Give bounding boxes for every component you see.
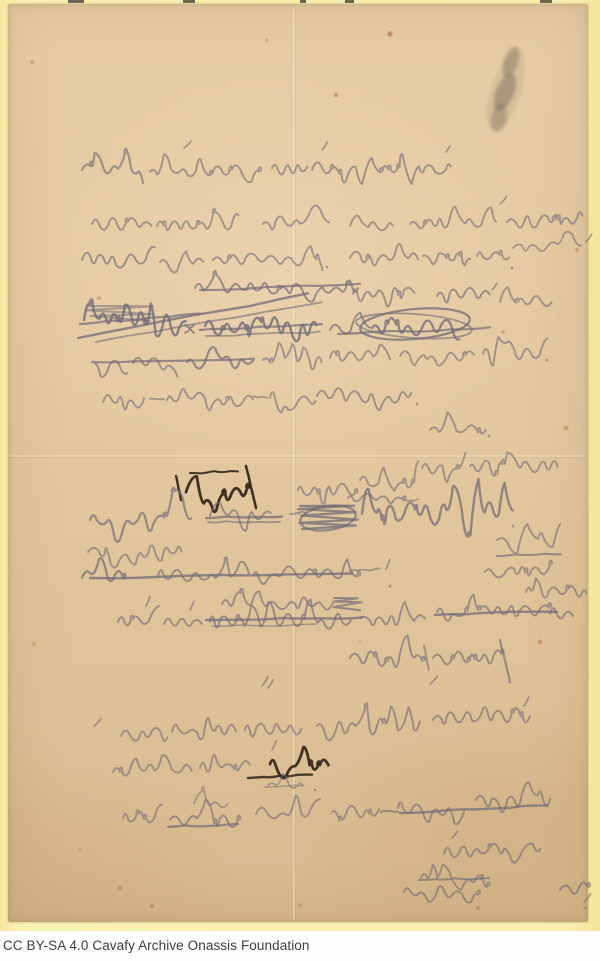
handwriting-word [350,216,393,231]
diacritic-tick [272,741,276,750]
handwriting-word [167,389,253,410]
handwriting-word [298,484,357,504]
handwriting-word [113,755,192,775]
scan-edge-mark [300,0,306,3]
scan-edge-mark [345,0,354,3]
foxing-spot [118,886,122,890]
strikethrough-line [212,624,316,626]
handwriting-word [423,252,470,266]
handwriting-dot [416,403,419,406]
strikethrough-line [419,878,489,880]
diacritic-tick [446,146,450,152]
foxing-spot [30,60,34,64]
foxing-spot [97,296,101,300]
handwriting-word [254,560,360,585]
strikethrough-line [253,396,267,397]
handwriting-word [263,343,322,369]
handwriting-dot [488,435,491,438]
diacritic-tick [586,234,592,242]
handwriting-word [210,600,351,629]
handwriting-word [437,595,551,621]
foxing-spot [575,248,579,252]
scan-edge-marks [68,0,552,3]
handwriting-word [433,650,504,665]
strikethrough-line [208,521,280,522]
handwriting-word [360,602,425,625]
handwriting-dot [511,267,514,270]
diacritic-tick [492,283,497,290]
foxing-spot [387,31,392,36]
handwriting-word [348,494,406,503]
strikethrough-line [168,824,238,827]
handwriting-word [103,395,144,410]
handwriting-word [312,154,451,184]
handwriting-word [263,206,329,230]
scan-edge-mark [68,0,84,3]
handwriting-word [270,392,316,412]
handwriting-word [245,724,302,737]
handwriting-word [350,244,418,266]
foxing-spot [78,848,81,851]
manuscript-overlay [0,0,600,931]
foxing-spot [298,903,301,906]
handwriting-dot [389,585,392,588]
handwriting-word [222,589,334,610]
strikethrough-line [206,332,320,337]
foxing-spot [476,906,480,910]
handwriting-word [121,728,167,741]
handwriting [78,141,592,909]
handwriting-word [118,606,159,625]
diacritic-tick [584,894,591,902]
handwriting-word [400,351,474,365]
diacritic-tick [94,718,101,726]
scan-edge-mark [540,0,552,3]
strikethrough-line [176,476,181,500]
handwriting-word [256,796,320,819]
foxing-spot [564,426,569,431]
handwriting-word [272,165,307,175]
handwriting-word [430,412,486,433]
handwriting-word [485,561,552,578]
diacritic-tick [452,832,457,839]
handwriting-word [444,844,541,863]
handwriting-word [164,619,202,627]
handwriting-word [433,707,530,724]
handwriting-word [500,288,552,306]
handwriting-word [150,154,261,182]
handwriting-word [507,212,582,228]
ink-stain [479,45,533,135]
handwriting-word [404,886,480,902]
strikethrough-line [90,574,352,579]
handwriting-dot [546,359,549,362]
diacritic-tick [322,142,327,150]
handwriting-word [550,608,573,618]
foxing-spot [501,330,505,334]
handwriting-word [477,251,509,260]
foxing-spot [150,904,154,908]
diacritic-tick [184,141,191,148]
diacritic-tick [262,676,268,686]
handwriting-word [82,247,155,268]
handwriting-word [194,787,228,807]
handwriting-word [421,865,490,890]
scanned-page: CC BY-SA 4.0 Cavafy Archive Onassis Foun… [0,0,600,961]
diacritic-tick [190,601,194,610]
handwriting-dot [326,266,329,269]
license-caption: CC BY-SA 4.0 Cavafy Archive Onassis Foun… [0,939,310,953]
handwriting-word [270,747,328,778]
handwriting-word [362,479,513,537]
handwriting-word [200,755,250,772]
strikethrough-line [381,811,398,812]
strikethrough-line [206,517,282,519]
diacritic-tick [430,676,437,684]
handwriting-word [187,347,253,368]
handwriting-word [317,703,420,740]
diacritic-tick [524,697,529,706]
diacritic-tick [500,197,507,205]
caption-bar: CC BY-SA 4.0 Cavafy Archive Onassis Foun… [0,931,600,961]
handwriting-word [160,251,203,272]
handwriting-word [92,218,152,230]
foxing-spot [265,38,268,41]
strikethrough-line [435,612,557,615]
stain-blot [479,45,533,134]
handwriting-word [437,288,490,303]
handwriting-word [483,337,548,366]
handwriting-word [317,388,411,410]
strikethrough-line [264,785,304,787]
handwriting-dot [512,525,515,528]
handwriting-word [332,806,379,821]
handwriting-word [90,488,191,542]
handwriting-word [88,545,182,567]
handwriting-word [170,800,240,827]
foxing-spot [538,640,542,644]
strikethrough-line [190,471,238,473]
handwriting-word [82,149,143,183]
diacritic-tick [146,596,150,606]
strikethrough-line [150,399,164,400]
handwriting-word [526,578,587,597]
handwriting-word [157,209,238,230]
scan-edge-mark [183,0,195,3]
strikethrough-line [500,640,510,682]
scribble [298,506,358,529]
handwriting-word [213,246,323,270]
handwriting-word [123,805,162,823]
handwriting-word [360,461,419,491]
strikethrough-line [350,568,380,571]
strikethrough-line [248,775,312,778]
handwriting-word [186,476,249,512]
foxing-spot [359,641,362,644]
diacritic-tick [268,680,273,688]
diacritic-tick [386,560,390,570]
foxing-spot [32,642,36,646]
handwriting-word [350,636,425,668]
handwriting-word [560,883,590,894]
handwriting-word [330,345,390,361]
foxing-spot [334,93,338,97]
handwriting-word [353,288,414,307]
scribble [334,598,362,610]
handwriting-dot [584,907,587,910]
handwriting-dot [314,789,317,792]
handwriting-word [172,718,236,739]
strikethrough-line [497,554,561,556]
handwriting-word [158,557,249,581]
handwriting-word [497,524,560,553]
handwriting-word [513,232,581,251]
handwriting-word [410,207,496,228]
